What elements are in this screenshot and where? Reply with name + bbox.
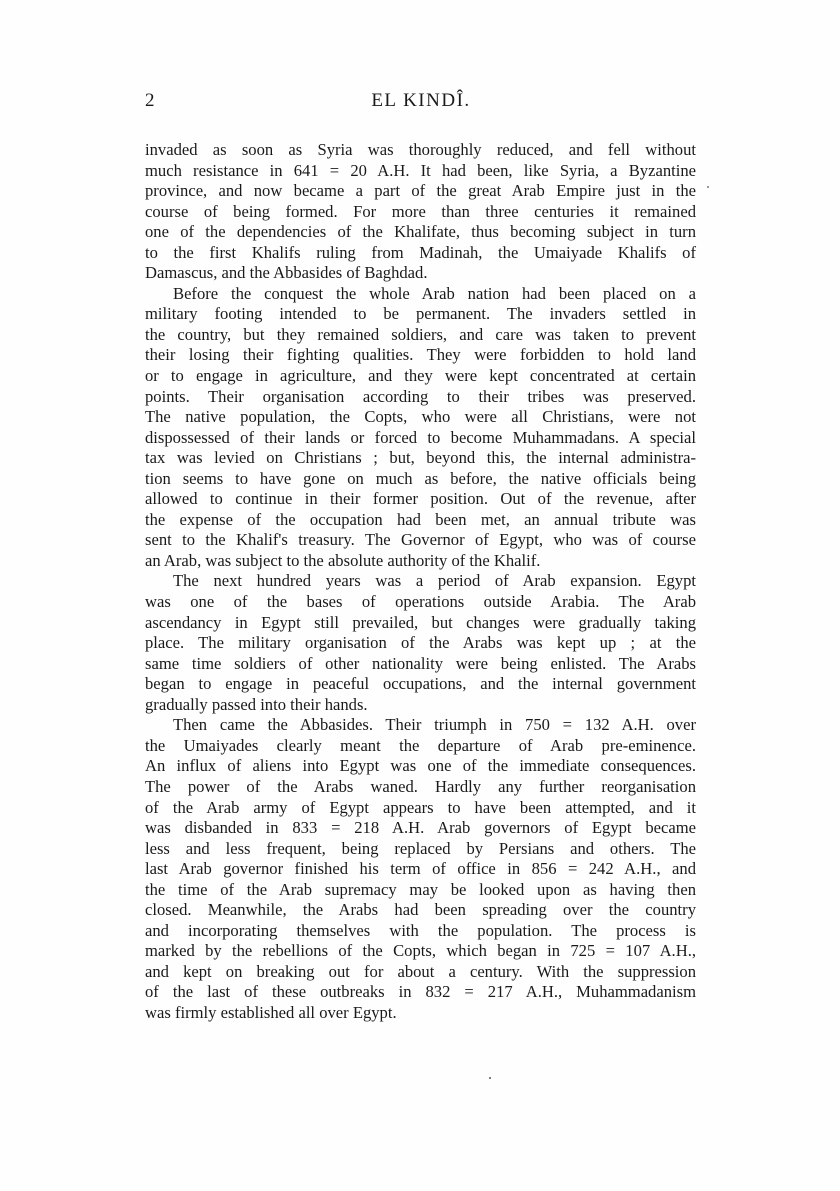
text-line: place. The military organisation of the … — [145, 633, 696, 654]
text-line: less and less frequent, being replaced b… — [145, 839, 696, 860]
text-line: dispossessed of their lands or forced to… — [145, 428, 696, 449]
text-line: the Umaiyades clearly meant the departur… — [145, 736, 696, 757]
book-page: 2 EL KINDÎ. invaded as soon as Syria was… — [0, 0, 840, 1191]
text-line: tion seems to have gone on much as befor… — [145, 469, 696, 490]
paragraph-1: invaded as soon as Syria was thoroughly … — [145, 140, 696, 284]
text-line: military footing intended to be permanen… — [145, 304, 696, 325]
text-line: closed. Meanwhile, the Arabs had been sp… — [145, 900, 696, 921]
text-line: invaded as soon as Syria was thoroughly … — [145, 140, 696, 161]
paragraph-2: Before the conquest the whole Arab natio… — [145, 284, 696, 572]
text-line: The next hundred years was a period of A… — [145, 571, 696, 592]
text-line: The power of the Arabs waned. Hardly any… — [145, 777, 696, 798]
text-line: began to engage in peaceful occupations,… — [145, 674, 696, 695]
text-line: points. Their organisation according to … — [145, 387, 696, 408]
text-line: and kept on breaking out for about a cen… — [145, 962, 696, 983]
text-line: one of the dependencies of the Khalifate… — [145, 222, 696, 243]
text-line: an Arab, was subject to the absolute aut… — [145, 551, 696, 572]
text-line: gradually passed into their hands. — [145, 695, 696, 716]
text-line: the expense of the occupation had been m… — [145, 510, 696, 531]
text-line: their losing their fighting qualities. T… — [145, 345, 696, 366]
text-line: much resistance in 641 = 20 A.H. It had … — [145, 161, 696, 182]
text-line: ascendancy in Egypt still prevailed, but… — [145, 613, 696, 634]
text-line: allowed to continue in their former posi… — [145, 489, 696, 510]
text-line: was firmly established all over Egypt. — [145, 1003, 696, 1024]
paragraph-3: The next hundred years was a period of A… — [145, 571, 696, 715]
text-line: was one of the bases of operations outsi… — [145, 592, 696, 613]
text-line: An influx of aliens into Egypt was one o… — [145, 756, 696, 777]
text-line: the time of the Arab supremacy may be lo… — [145, 880, 696, 901]
text-line: sent to the Khalif's treasury. The Gover… — [145, 530, 696, 551]
running-title: EL KINDÎ. — [145, 90, 697, 112]
ink-speck — [489, 1077, 491, 1079]
text-line: was disbanded in 833 = 218 A.H. Arab gov… — [145, 818, 696, 839]
text-line: of the last of these outbreaks in 832 = … — [145, 982, 696, 1003]
text-line: marked by the rebellions of the Copts, w… — [145, 941, 696, 962]
text-line: tax was levied on Christians ; but, beyo… — [145, 448, 696, 469]
running-head: 2 EL KINDÎ. — [145, 90, 697, 116]
text-line: Then came the Abbasides. Their triumph i… — [145, 715, 696, 736]
text-line: Before the conquest the whole Arab natio… — [145, 284, 696, 305]
text-line: last Arab governor finished his term of … — [145, 859, 696, 880]
text-line: or to engage in agriculture, and they we… — [145, 366, 696, 387]
body-text: invaded as soon as Syria was thoroughly … — [145, 140, 696, 1024]
text-line: province, and now became a part of the g… — [145, 181, 696, 202]
text-line: of the Arab army of Egypt appears to hav… — [145, 798, 696, 819]
text-line: and incorporating themselves with the po… — [145, 921, 696, 942]
text-line: The native population, the Copts, who we… — [145, 407, 696, 428]
paragraph-4: Then came the Abbasides. Their triumph i… — [145, 715, 696, 1023]
text-line: Damascus, and the Abbasides of Baghdad. — [145, 263, 696, 284]
margin-speck — [707, 186, 709, 188]
text-line: to the first Khalifs ruling from Madinah… — [145, 243, 696, 264]
text-line: course of being formed. For more than th… — [145, 202, 696, 223]
text-line: the country, but they remained soldiers,… — [145, 325, 696, 346]
text-line: same time soldiers of other nationality … — [145, 654, 696, 675]
